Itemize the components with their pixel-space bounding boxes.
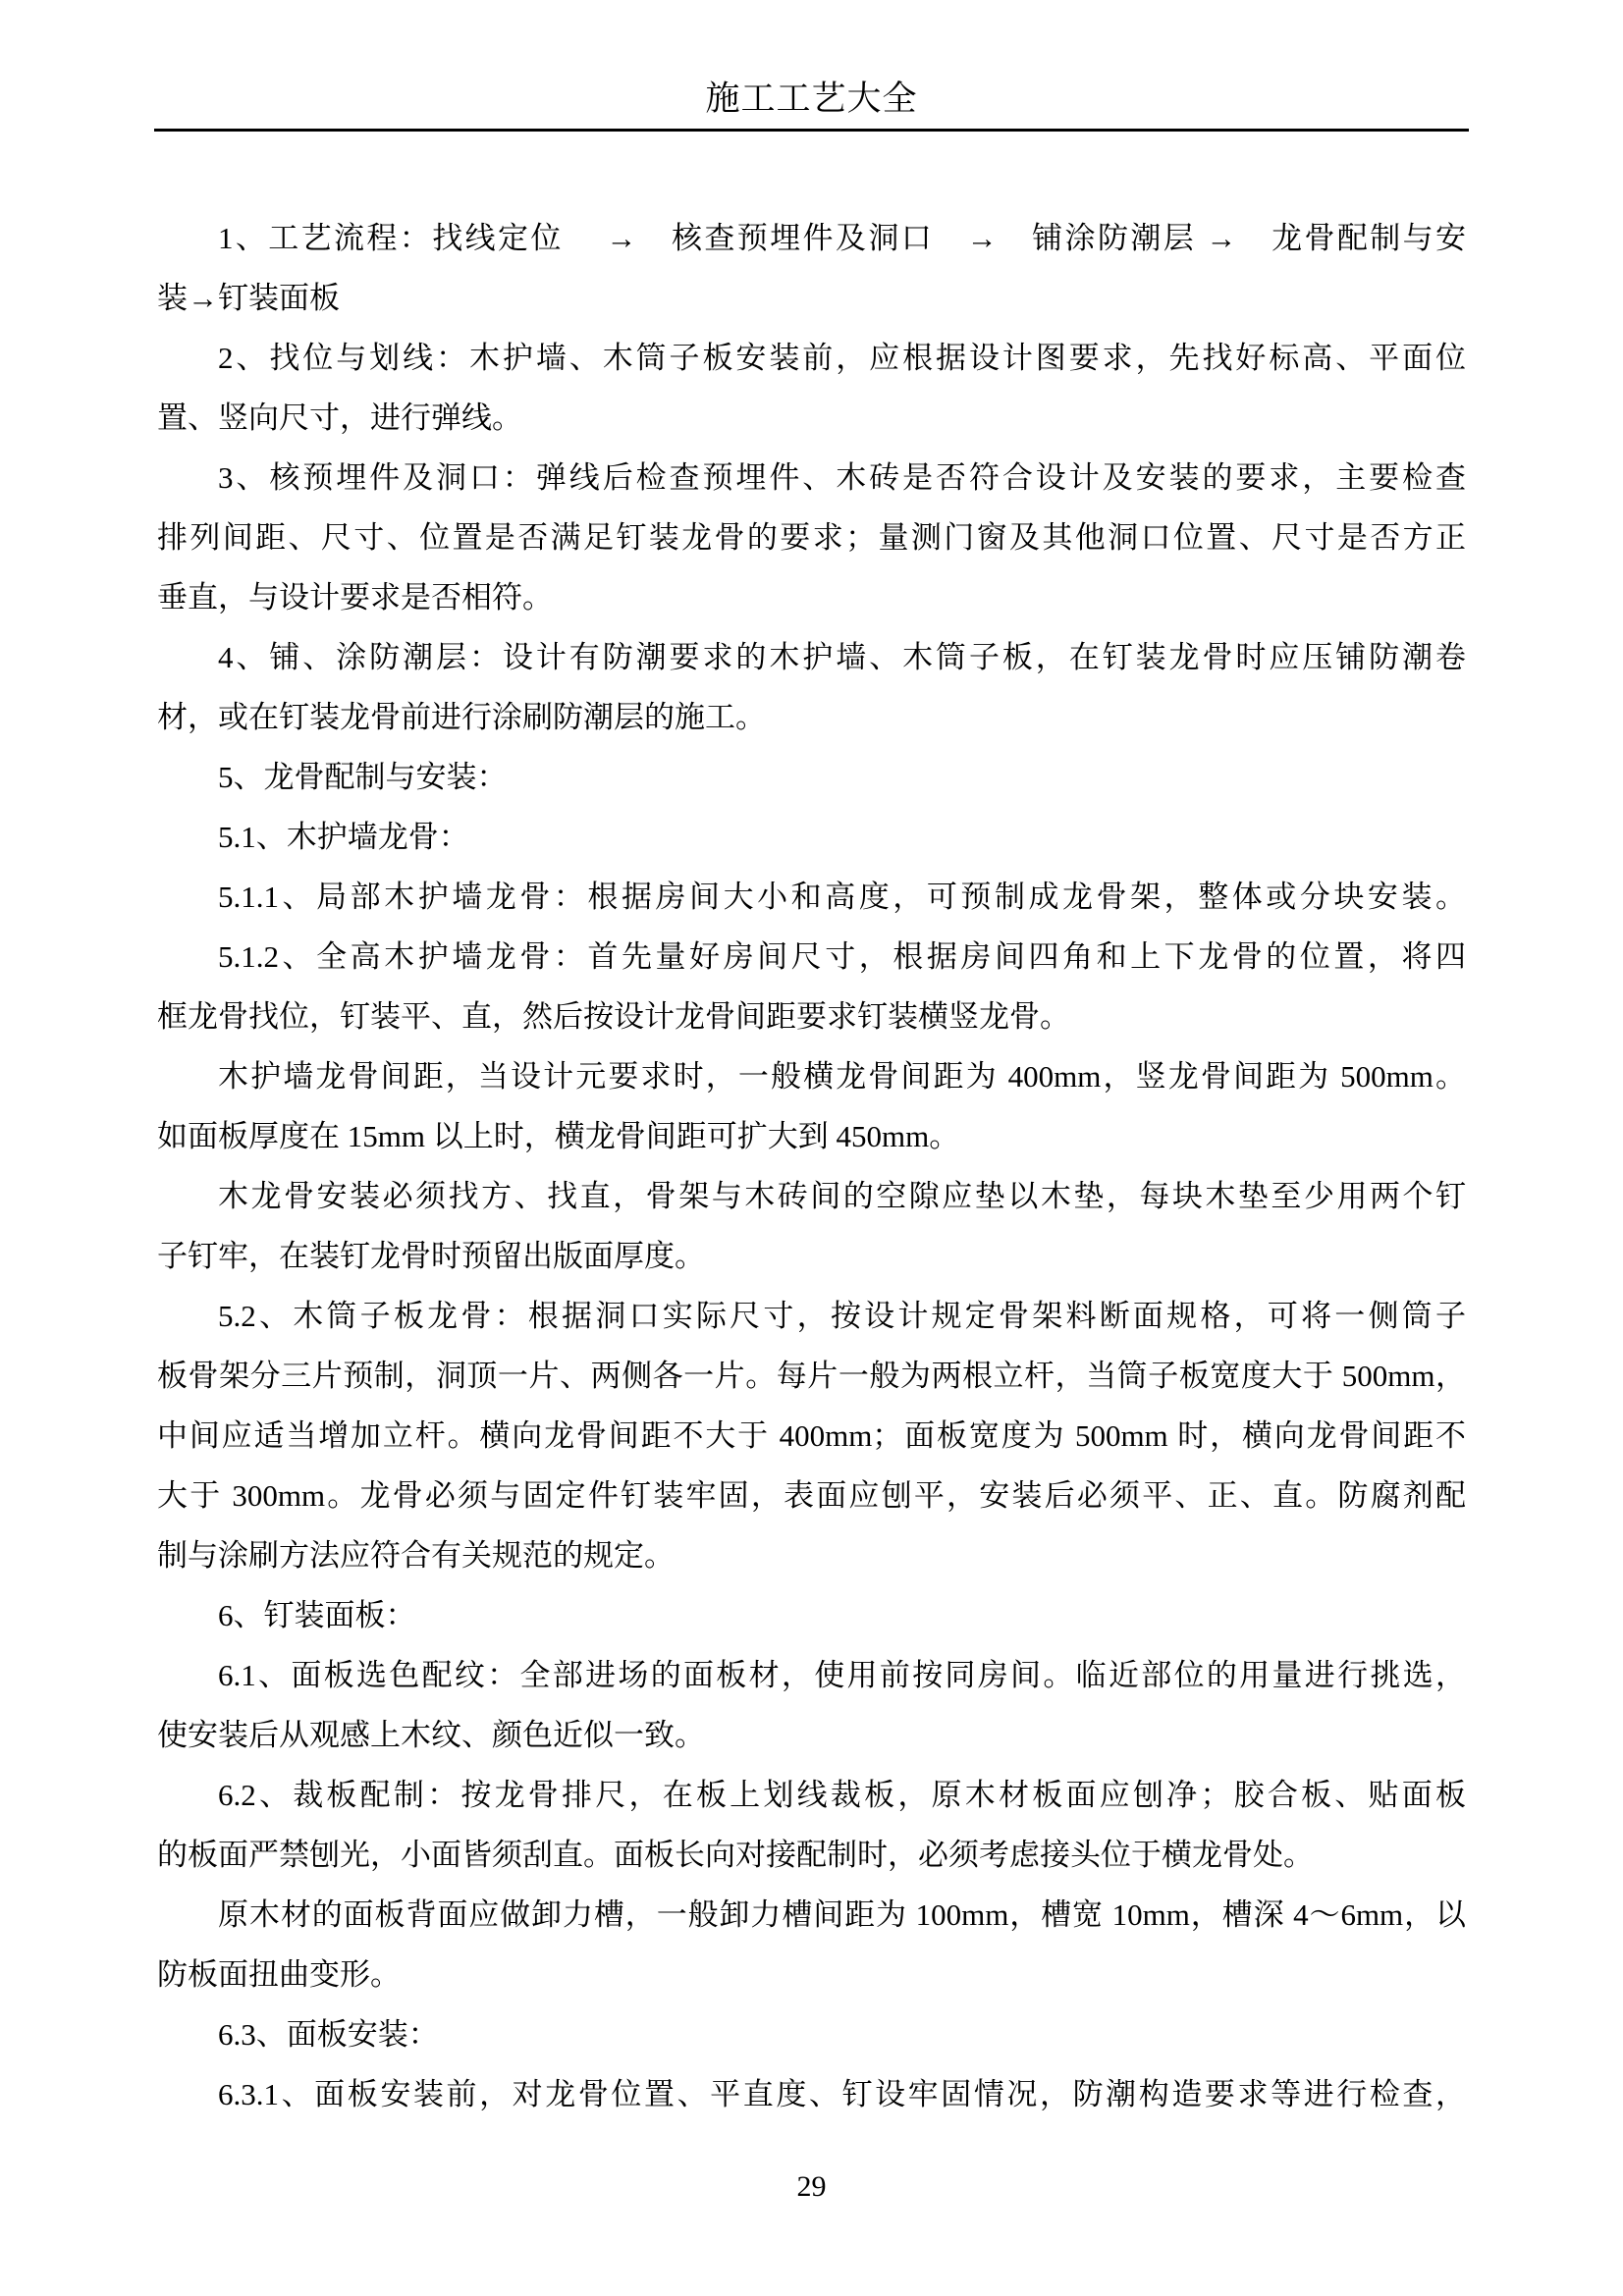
text-line: 如面板厚度在 15mm 以上时，横龙骨间距可扩大到 450mm。 (157, 1106, 1466, 1166)
text-line: 防板面扭曲变形。 (157, 1945, 1466, 2004)
text-line: 2、找位与划线：木护墙、木筒子板安装前，应根据设计图要求，先找好标高、平面位 (157, 328, 1466, 388)
text-line: 5、龙骨配制与安装： (157, 747, 1466, 807)
text-line: 木护墙龙骨间距，当设计元要求时，一般横龙骨间距为 400mm，竖龙骨间距为 50… (157, 1046, 1466, 1106)
text-line: 5.1、木护墙龙骨： (157, 807, 1466, 867)
page-header-title: 施工工艺大全 (0, 79, 1623, 120)
text-line: 5.1.1、局部木护墙龙骨：根据房间大小和高度，可预制成龙骨架，整体或分块安装。 (157, 867, 1466, 927)
text-line: 制与涂刷方法应符合有关规范的规定。 (157, 1525, 1466, 1585)
text-line: 排列间距、尺寸、位置是否满足钉装龙骨的要求；量测门窗及其他洞口位置、尺寸是否方正 (157, 507, 1466, 567)
text-line: 板骨架分三片预制，洞顶一片、两侧各一片。每片一般为两根立杆，当筒子板宽度大于 5… (157, 1346, 1466, 1406)
text-line: 大于 300mm。龙骨必须与固定件钉装牢固，表面应刨平，安装后必须平、正、直。防… (157, 1466, 1466, 1525)
text-line: 框龙骨找位，钉装平、直，然后按设计龙骨间距要求钉装横竖龙骨。 (157, 987, 1466, 1046)
text-line: 原木材的面板背面应做卸力槽，一般卸力槽间距为 100mm，槽宽 10mm，槽深 … (157, 1885, 1466, 1945)
text-line: 1、工艺流程：找线定位 → 核查预埋件及洞口 → 铺涂防潮层 → 龙骨配制与安 (157, 208, 1466, 268)
text-line: 垂直，与设计要求是否相符。 (157, 567, 1466, 627)
text-line: 中间应适当增加立杆。横向龙骨间距不大于 400mm；面板宽度为 500mm 时，… (157, 1406, 1466, 1466)
text-line: 6.2、裁板配制：按龙骨排尺，在板上划线裁板，原木材板面应刨净；胶合板、贴面板 (157, 1765, 1466, 1825)
header-divider (154, 129, 1469, 132)
text-line: 置、竖向尺寸，进行弹线。 (157, 388, 1466, 448)
document-page: 施工工艺大全 1、工艺流程：找线定位 → 核查预埋件及洞口 → 铺涂防潮层 → … (0, 0, 1623, 2296)
text-line: 木龙骨安装必须找方、找直，骨架与木砖间的空隙应垫以木垫，每块木垫至少用两个钉 (157, 1166, 1466, 1226)
text-line: 5.2、木筒子板龙骨：根据洞口实际尺寸，按设计规定骨架料断面规格，可将一侧筒子 (157, 1286, 1466, 1346)
text-line: 子钉牢，在装钉龙骨时预留出版面厚度。 (157, 1226, 1466, 1286)
text-line: 6.3.1、面板安装前，对龙骨位置、平直度、钉设牢固情况，防潮构造要求等进行检查… (157, 2064, 1466, 2124)
text-line: 材，或在钉装龙骨前进行涂刷防潮层的施工。 (157, 687, 1466, 747)
text-line: 6.3、面板安装： (157, 2004, 1466, 2064)
page-number: 29 (0, 2167, 1623, 2207)
text-line: 的板面严禁刨光，小面皆须刮直。面板长向对接配制时，必须考虑接头位于横龙骨处。 (157, 1825, 1466, 1885)
text-line: 3、核预埋件及洞口：弹线后检查预埋件、木砖是否符合设计及安装的要求，主要检查 (157, 448, 1466, 507)
text-line: 5.1.2、全高木护墙龙骨：首先量好房间尺寸，根据房间四角和上下龙骨的位置，将四 (157, 927, 1466, 987)
text-line: 使安装后从观感上木纹、颜色近似一致。 (157, 1705, 1466, 1765)
text-line: 6.1、面板选色配纹：全部进场的面板材，使用前按同房间。临近部位的用量进行挑选， (157, 1645, 1466, 1705)
text-line: 6、钉装面板： (157, 1585, 1466, 1645)
text-line: 装→钉装面板 (157, 268, 1466, 328)
document-body: 1、工艺流程：找线定位 → 核查预埋件及洞口 → 铺涂防潮层 → 龙骨配制与安装… (157, 208, 1466, 2124)
text-line: 4、铺、涂防潮层：设计有防潮要求的木护墙、木筒子板，在钉装龙骨时应压铺防潮卷 (157, 627, 1466, 687)
